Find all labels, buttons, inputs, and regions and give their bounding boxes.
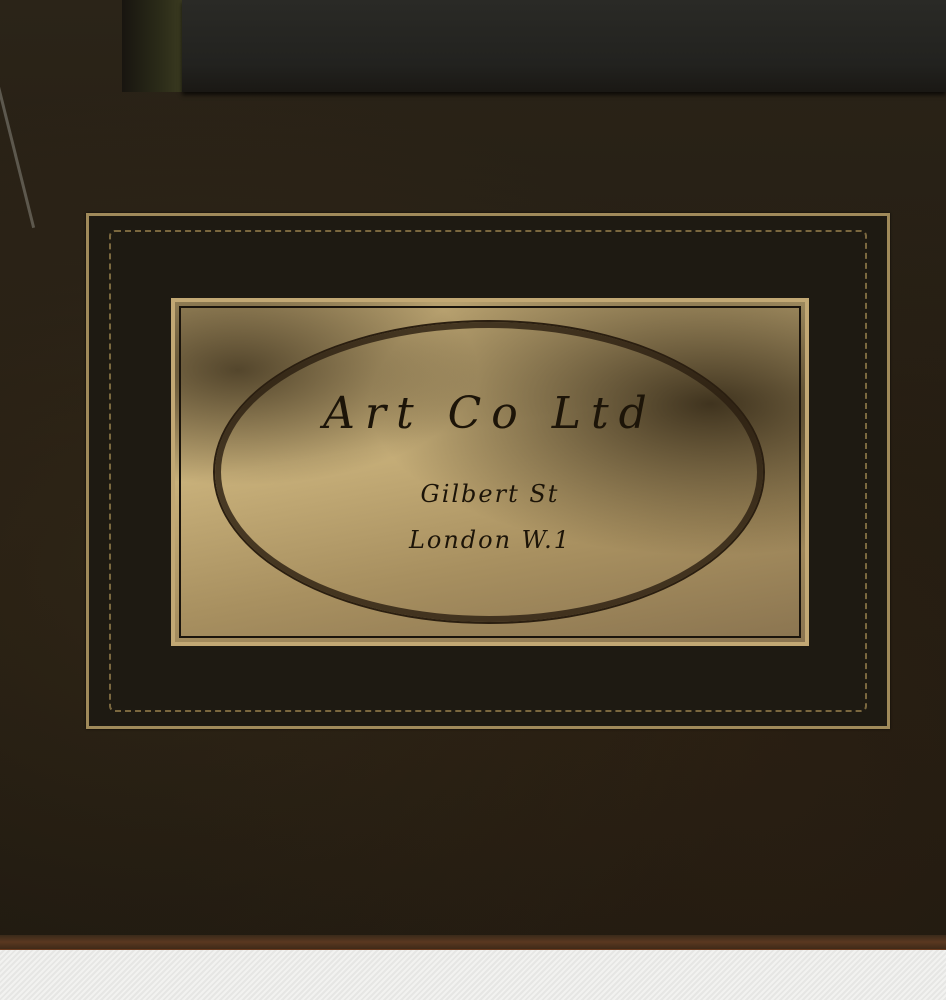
stretcher-corner [122, 0, 182, 92]
street-address: Gilbert St [175, 480, 805, 508]
white-cloth-surface [0, 950, 946, 1000]
company-name: Art Co Ltd [175, 388, 805, 439]
frame-bottom-edge [0, 935, 946, 951]
label-panel: Art Co Ltd Gilbert St London W.1 [171, 298, 809, 646]
frame-back-photo: Art Co Ltd Gilbert St London W.1 [0, 0, 946, 1000]
city-address: London W.1 [175, 526, 805, 554]
framer-label: Art Co Ltd Gilbert St London W.1 [86, 213, 890, 729]
stretcher-bar [182, 0, 946, 92]
oval-cartouche [213, 320, 765, 624]
